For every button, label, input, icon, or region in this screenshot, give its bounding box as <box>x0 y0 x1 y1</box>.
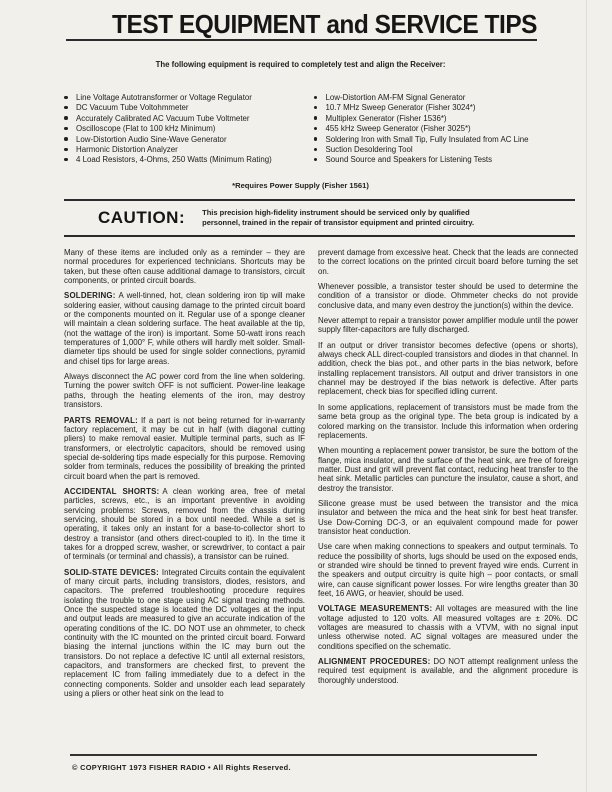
equipment-list-right: Low-Distortion AM-FM Signal Generator 10… <box>314 93 578 166</box>
paragraph-text: Integrated Circuits contain the equivale… <box>64 568 305 698</box>
paragraph-heading: SOLID-STATE DEVICES: <box>64 568 159 577</box>
equipment-list-left: Line Voltage Autotransformer or Voltage … <box>64 93 314 166</box>
list-item: Oscilloscope (Flat to 100 kHz Minimum) <box>64 124 314 134</box>
paragraph-text: Many of these items are included only as… <box>64 248 305 285</box>
paragraph-silicone-grease: Silicone grease must be used between the… <box>318 499 578 536</box>
paragraph-text: Use care when making connections to spea… <box>318 542 578 598</box>
paragraph-power-transistor-mounting: When mounting a replacement power transi… <box>318 446 578 493</box>
list-item: Line Voltage Autotransformer or Voltage … <box>64 93 314 103</box>
list-item-label: 455 kHz Sweep Generator (Fisher 3025*) <box>326 124 471 134</box>
paragraph-heading: ALIGNMENT PROCEDURES: <box>318 657 430 666</box>
scan-edge-line <box>586 0 587 792</box>
paragraph-text: A clean working area, free of metal part… <box>64 487 305 561</box>
paragraph-text: Whenever possible, a transistor tester s… <box>318 282 578 310</box>
paragraph-soldering: SOLDERING:A well-tinned, hot, clean sold… <box>64 291 305 366</box>
service-manual-page: TEST EQUIPMENT and SERVICE TIPS The foll… <box>0 0 612 792</box>
list-item: Sound Source and Speakers for Listening … <box>314 155 578 165</box>
paragraph-text: In some applications, replacement of tra… <box>318 403 578 440</box>
paragraph-transistor-tester: Whenever possible, a transistor tester s… <box>318 282 578 310</box>
bullet-icon <box>314 113 326 123</box>
footer-rule <box>70 754 537 756</box>
paragraph-beta-group: In some applications, replacement of tra… <box>318 403 578 440</box>
paragraph-ac-power: Always disconnect the AC power cord from… <box>64 372 305 409</box>
list-item: 10.7 MHz Sweep Generator (Fisher 3024*) <box>314 103 578 113</box>
bullet-icon <box>314 154 326 164</box>
paragraph-text: When mounting a replacement power transi… <box>318 446 578 492</box>
list-item: Low-Distortion Audio Sine-Wave Generator <box>64 135 314 145</box>
list-item: Suction Desoldering Tool <box>314 145 578 155</box>
list-item-label: Suction Desoldering Tool <box>326 145 413 155</box>
paragraph-heat-damage: prevent damage from excessive heat. Chec… <box>318 248 578 276</box>
list-item-label: Low-Distortion Audio Sine-Wave Generator <box>76 135 227 145</box>
paragraph-heading: VOLTAGE MEASUREMENTS: <box>318 604 432 613</box>
list-item: DC Vacuum Tube Voltohmmeter <box>64 103 314 113</box>
paragraph-voltage-measurements: VOLTAGE MEASUREMENTS:All voltages are me… <box>318 604 578 651</box>
caution-box: CAUTION: This precision high-fidelity in… <box>64 199 575 237</box>
paragraph-heading: PARTS REMOVAL: <box>64 416 138 425</box>
bullet-icon <box>64 113 76 123</box>
bullet-icon <box>64 92 76 102</box>
paragraph-output-driver: If an output or driver transistor become… <box>318 341 578 397</box>
bullet-icon <box>64 154 76 164</box>
list-item: Low-Distortion AM-FM Signal Generator <box>314 93 578 103</box>
list-item-label: Line Voltage Autotransformer or Voltage … <box>76 93 252 103</box>
paragraph-reminder: Many of these items are included only as… <box>64 248 305 285</box>
body-column-left: Many of these items are included only as… <box>64 248 305 704</box>
list-item-label: Oscilloscope (Flat to 100 kHz Minimum) <box>76 124 215 134</box>
paragraph-text: Silicone grease must be used between the… <box>318 499 578 536</box>
paragraph-alignment-procedures: ALIGNMENT PROCEDURES:DO NOT attempt real… <box>318 657 578 685</box>
list-item: Soldering Iron with Small Tip, Fully Ins… <box>314 135 578 145</box>
intro-text: The following equipment is required to c… <box>64 60 537 69</box>
list-item-label: Soldering Iron with Small Tip, Fully Ins… <box>326 135 529 145</box>
body-column-right: prevent damage from excessive heat. Chec… <box>318 248 578 704</box>
bullet-icon <box>64 134 76 144</box>
list-item: Harmonic Distortion Analyzer <box>64 145 314 155</box>
paragraph-text: Always disconnect the AC power cord from… <box>64 372 305 409</box>
paragraph-accidental-shorts: ACCIDENTAL SHORTS:A clean working area, … <box>64 487 305 562</box>
title-rule <box>66 39 537 41</box>
list-item-label: DC Vacuum Tube Voltohmmeter <box>76 103 189 113</box>
body-columns: Many of these items are included only as… <box>64 248 578 704</box>
list-item: 4 Load Resistors, 4-Ohms, 250 Watts (Min… <box>64 155 314 165</box>
list-item-label: Low-Distortion AM-FM Signal Generator <box>326 93 466 103</box>
paragraph-text: If an output or driver transistor become… <box>318 341 578 397</box>
paragraph-filter-capacitors: Never attempt to repair a transistor pow… <box>318 316 578 335</box>
list-item: Multiplex Generator (Fisher 1536*) <box>314 114 578 124</box>
list-item-label: 4 Load Resistors, 4-Ohms, 250 Watts (Min… <box>76 155 272 165</box>
bullet-icon <box>314 144 326 154</box>
bullet-icon <box>314 134 326 144</box>
paragraph-heading: ACCIDENTAL SHORTS: <box>64 487 159 496</box>
paragraph-text: If a part is not being returned for in-w… <box>64 416 305 481</box>
paragraph-text: Never attempt to repair a transistor pow… <box>318 316 578 334</box>
page-title: TEST EQUIPMENT and SERVICE TIPS <box>89 9 537 40</box>
paragraph-parts-removal: PARTS REMOVAL:If a part is not being ret… <box>64 416 305 481</box>
bullet-icon <box>314 102 326 112</box>
paragraph-solid-state: SOLID-STATE DEVICES:Integrated Circuits … <box>64 568 305 699</box>
bullet-icon <box>64 144 76 154</box>
equipment-lists: Line Voltage Autotransformer or Voltage … <box>64 93 578 166</box>
paragraph-text: prevent damage from excessive heat. Chec… <box>318 248 578 276</box>
paragraph-heading: SOLDERING: <box>64 291 116 300</box>
caution-text: This precision high-fidelity instrument … <box>202 208 498 227</box>
power-supply-footnote: *Requires Power Supply (Fisher 1561) <box>64 181 537 190</box>
list-item-label: Accurately Calibrated AC Vacuum Tube Vol… <box>76 114 250 124</box>
list-item-label: Multiplex Generator (Fisher 1536*) <box>326 114 447 124</box>
bullet-icon <box>64 123 76 133</box>
copyright-notice: © COPYRIGHT 1973 FISHER RADIO • All Righ… <box>72 763 291 772</box>
list-item-label: Harmonic Distortion Analyzer <box>76 145 178 155</box>
paragraph-text: A well-tinned, hot, clean soldering iron… <box>64 291 305 365</box>
bullet-icon <box>64 102 76 112</box>
list-item-label: Sound Source and Speakers for Listening … <box>326 155 493 165</box>
bullet-icon <box>314 123 326 133</box>
caution-label: CAUTION: <box>98 208 185 228</box>
list-item: 455 kHz Sweep Generator (Fisher 3025*) <box>314 124 578 134</box>
list-item: Accurately Calibrated AC Vacuum Tube Vol… <box>64 114 314 124</box>
list-item-label: 10.7 MHz Sweep Generator (Fisher 3024*) <box>326 103 476 113</box>
bullet-icon <box>314 92 326 102</box>
paragraph-speaker-connections: Use care when making connections to spea… <box>318 542 578 598</box>
